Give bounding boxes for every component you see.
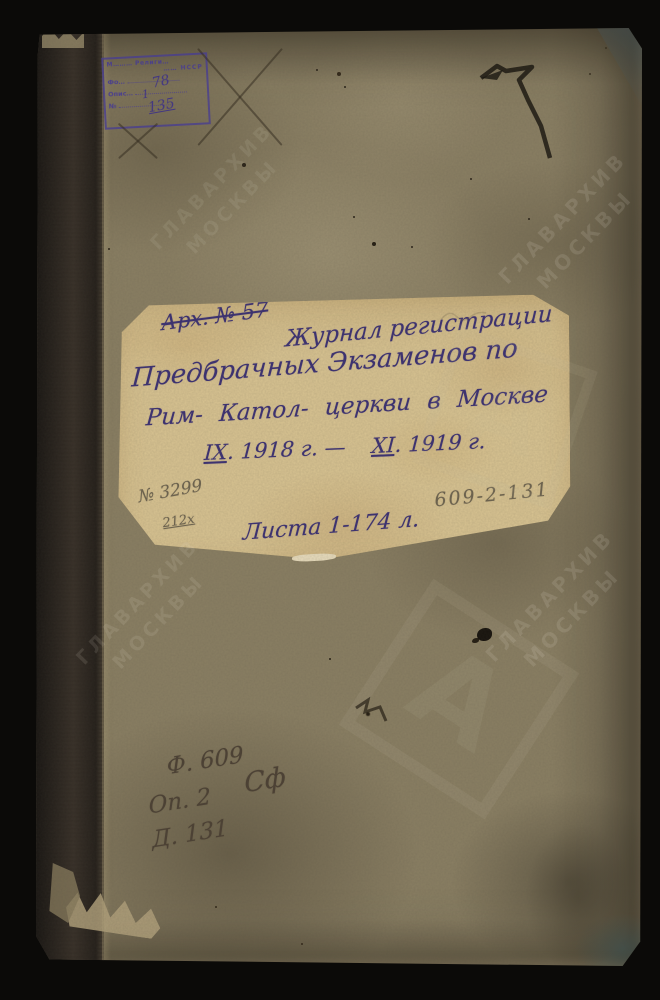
fond-opis-delo-code: 609-2-131 <box>433 479 550 512</box>
watermark-line1: ГЛАВАРХИВ <box>482 136 643 301</box>
ink-blot <box>477 628 492 641</box>
ink-squiggle-mark <box>346 668 426 738</box>
fond-notes-block: Ф. 609 Оп. 2 Сф Д. 131 <box>141 730 319 758</box>
fond-note: Ф. 609 <box>166 742 244 780</box>
opis-note: Оп. 2 <box>148 784 212 820</box>
date-to-roman: XI <box>371 433 396 458</box>
inventory-number: № 3299 <box>137 476 203 508</box>
stamp-no-label: № <box>109 102 117 110</box>
ink-specks <box>36 28 40 32</box>
sf-note: Сф <box>244 762 287 800</box>
title-line-3: Рим- Катол- церкви в Москве <box>145 381 549 431</box>
dark-stain-bottom-right <box>506 818 626 978</box>
watermark-line2: МОСКВЫ <box>157 129 310 286</box>
ink-check-mark <box>476 40 576 160</box>
spine-hinge-edge <box>102 28 111 966</box>
watermark-line1: ГЛАВАРХИВ <box>466 510 634 683</box>
inventory-number-sub: 212х <box>162 512 196 532</box>
book-cover: М……… Религи… …… НССР Фо… Опис… № 78 1 13… <box>36 28 642 966</box>
watermark-text: ГЛАВАРХИВ МОСКВЫ <box>136 109 310 287</box>
watermark-text: ГЛАВАРХИВ МОСКВЫ <box>482 136 660 323</box>
book-spine-cloth <box>36 28 104 966</box>
archive-number-crossed-out: Арх. № 57 <box>161 297 269 335</box>
date-from-roman: IX <box>203 440 228 465</box>
date-range: IX. 1918 г. —XI. 1919 г. <box>203 429 486 465</box>
date-to-rest: . 1919 г. <box>394 429 486 457</box>
corner-stain-top-right <box>592 28 642 110</box>
date-from-rest: . 1918 г. — <box>227 435 347 464</box>
title-label-paper: Арх. № 57 Журнал регистрации Предбрачных… <box>117 294 571 563</box>
sheets-count: Листа 1-174 л. <box>242 507 420 546</box>
stamp-fond-label: Фо… <box>107 78 125 87</box>
faint-pencil-scribble <box>437 303 497 329</box>
watermark-line2: МОСКВЫ <box>488 531 656 704</box>
watermark-text: ГЛАВАРХИВ МОСКВЫ <box>466 510 656 704</box>
scanned-page: М……… Религи… …… НССР Фо… Опис… № 78 1 13… <box>0 0 660 1000</box>
stamp-opis-label: Опис… <box>108 89 133 98</box>
delo-note: Д. 131 <box>151 815 229 853</box>
watermark-line1: ГЛАВАРХИВ <box>136 109 289 266</box>
